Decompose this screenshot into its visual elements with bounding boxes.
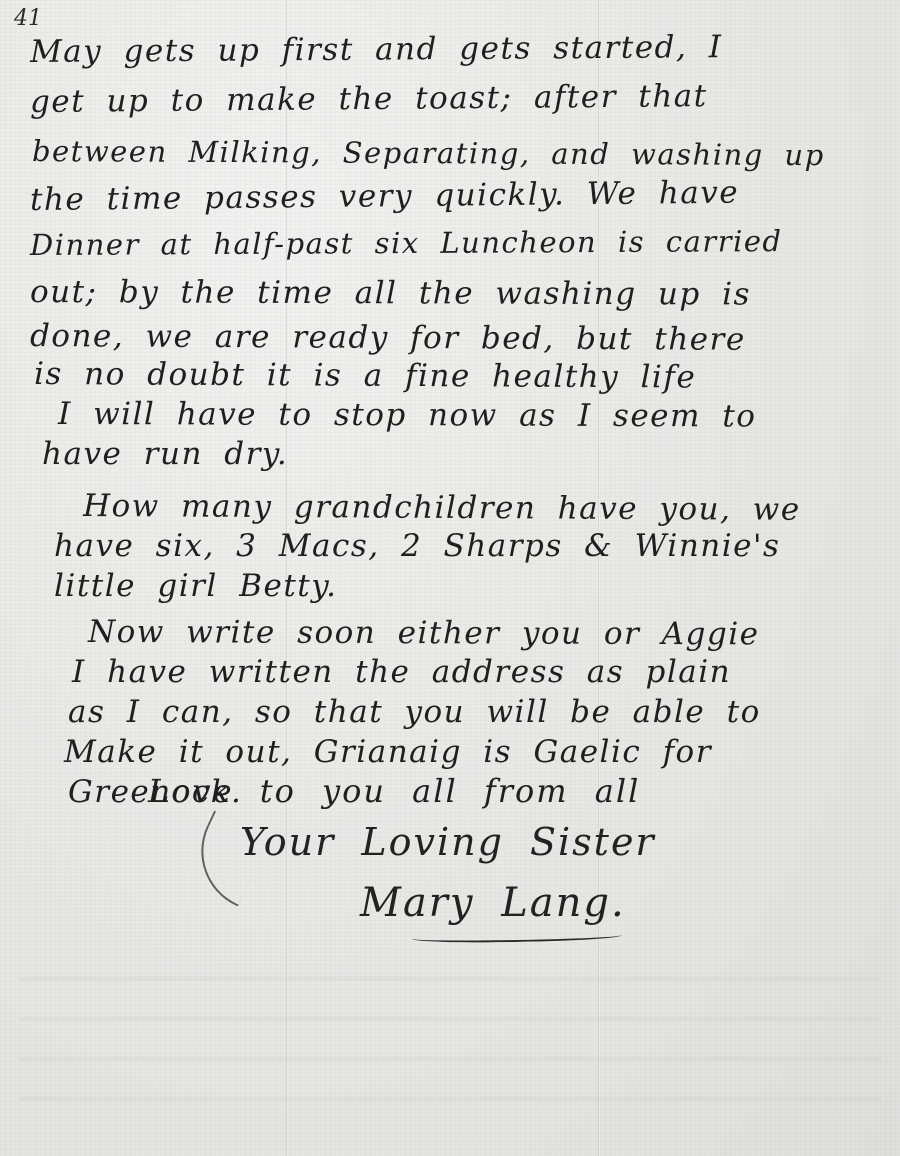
letter-line: May gets up first and gets started, I [30, 29, 723, 70]
letter-line: Make it out, Grianaig is Gaelic for [64, 734, 712, 770]
letter-line: have run dry. [42, 436, 288, 472]
letter-line: Dinner at half-past six Luncheon is carr… [30, 224, 783, 262]
letter-line: How many grandchildren have you, we [83, 488, 801, 528]
ink-show-through [20, 978, 880, 980]
signature-underline [412, 930, 622, 944]
valediction: Your Loving Sister [240, 820, 656, 864]
page-number: 41 [14, 6, 42, 31]
ink-show-through [20, 1058, 880, 1060]
signature: Mary Lang. [360, 880, 626, 926]
letter-line: as I can, so that you will be able to [68, 694, 761, 730]
letter-line: between Milking, Separating, and washing… [32, 134, 825, 172]
letter-line: done, we are ready for bed, but there [30, 318, 746, 358]
letter-closing: Love to you all from all [148, 772, 640, 810]
letter-line: is no doubt it is a fine healthy life [34, 356, 696, 395]
letter-line: the time passes very quickly. We have [30, 175, 739, 218]
letter-line: have six, 3 Macs, 2 Sharps & Winnie's [54, 528, 780, 564]
letter-line: little girl Betty. [54, 568, 338, 604]
letter-line: out; by the time all the washing up is [30, 274, 751, 313]
letter-line: I will have to stop now as I seem to [58, 396, 757, 434]
letter-line: Now write soon either you or Aggie [88, 614, 760, 652]
letter-line: get up to make the toast; after that [30, 78, 708, 120]
ink-show-through [20, 1098, 880, 1100]
ink-show-through [20, 1018, 880, 1020]
letter-page: 41 May gets up first and gets started, I… [0, 0, 900, 1156]
paper-fold-line [598, 0, 600, 1156]
letter-line: I have written the address as plain [72, 654, 731, 690]
